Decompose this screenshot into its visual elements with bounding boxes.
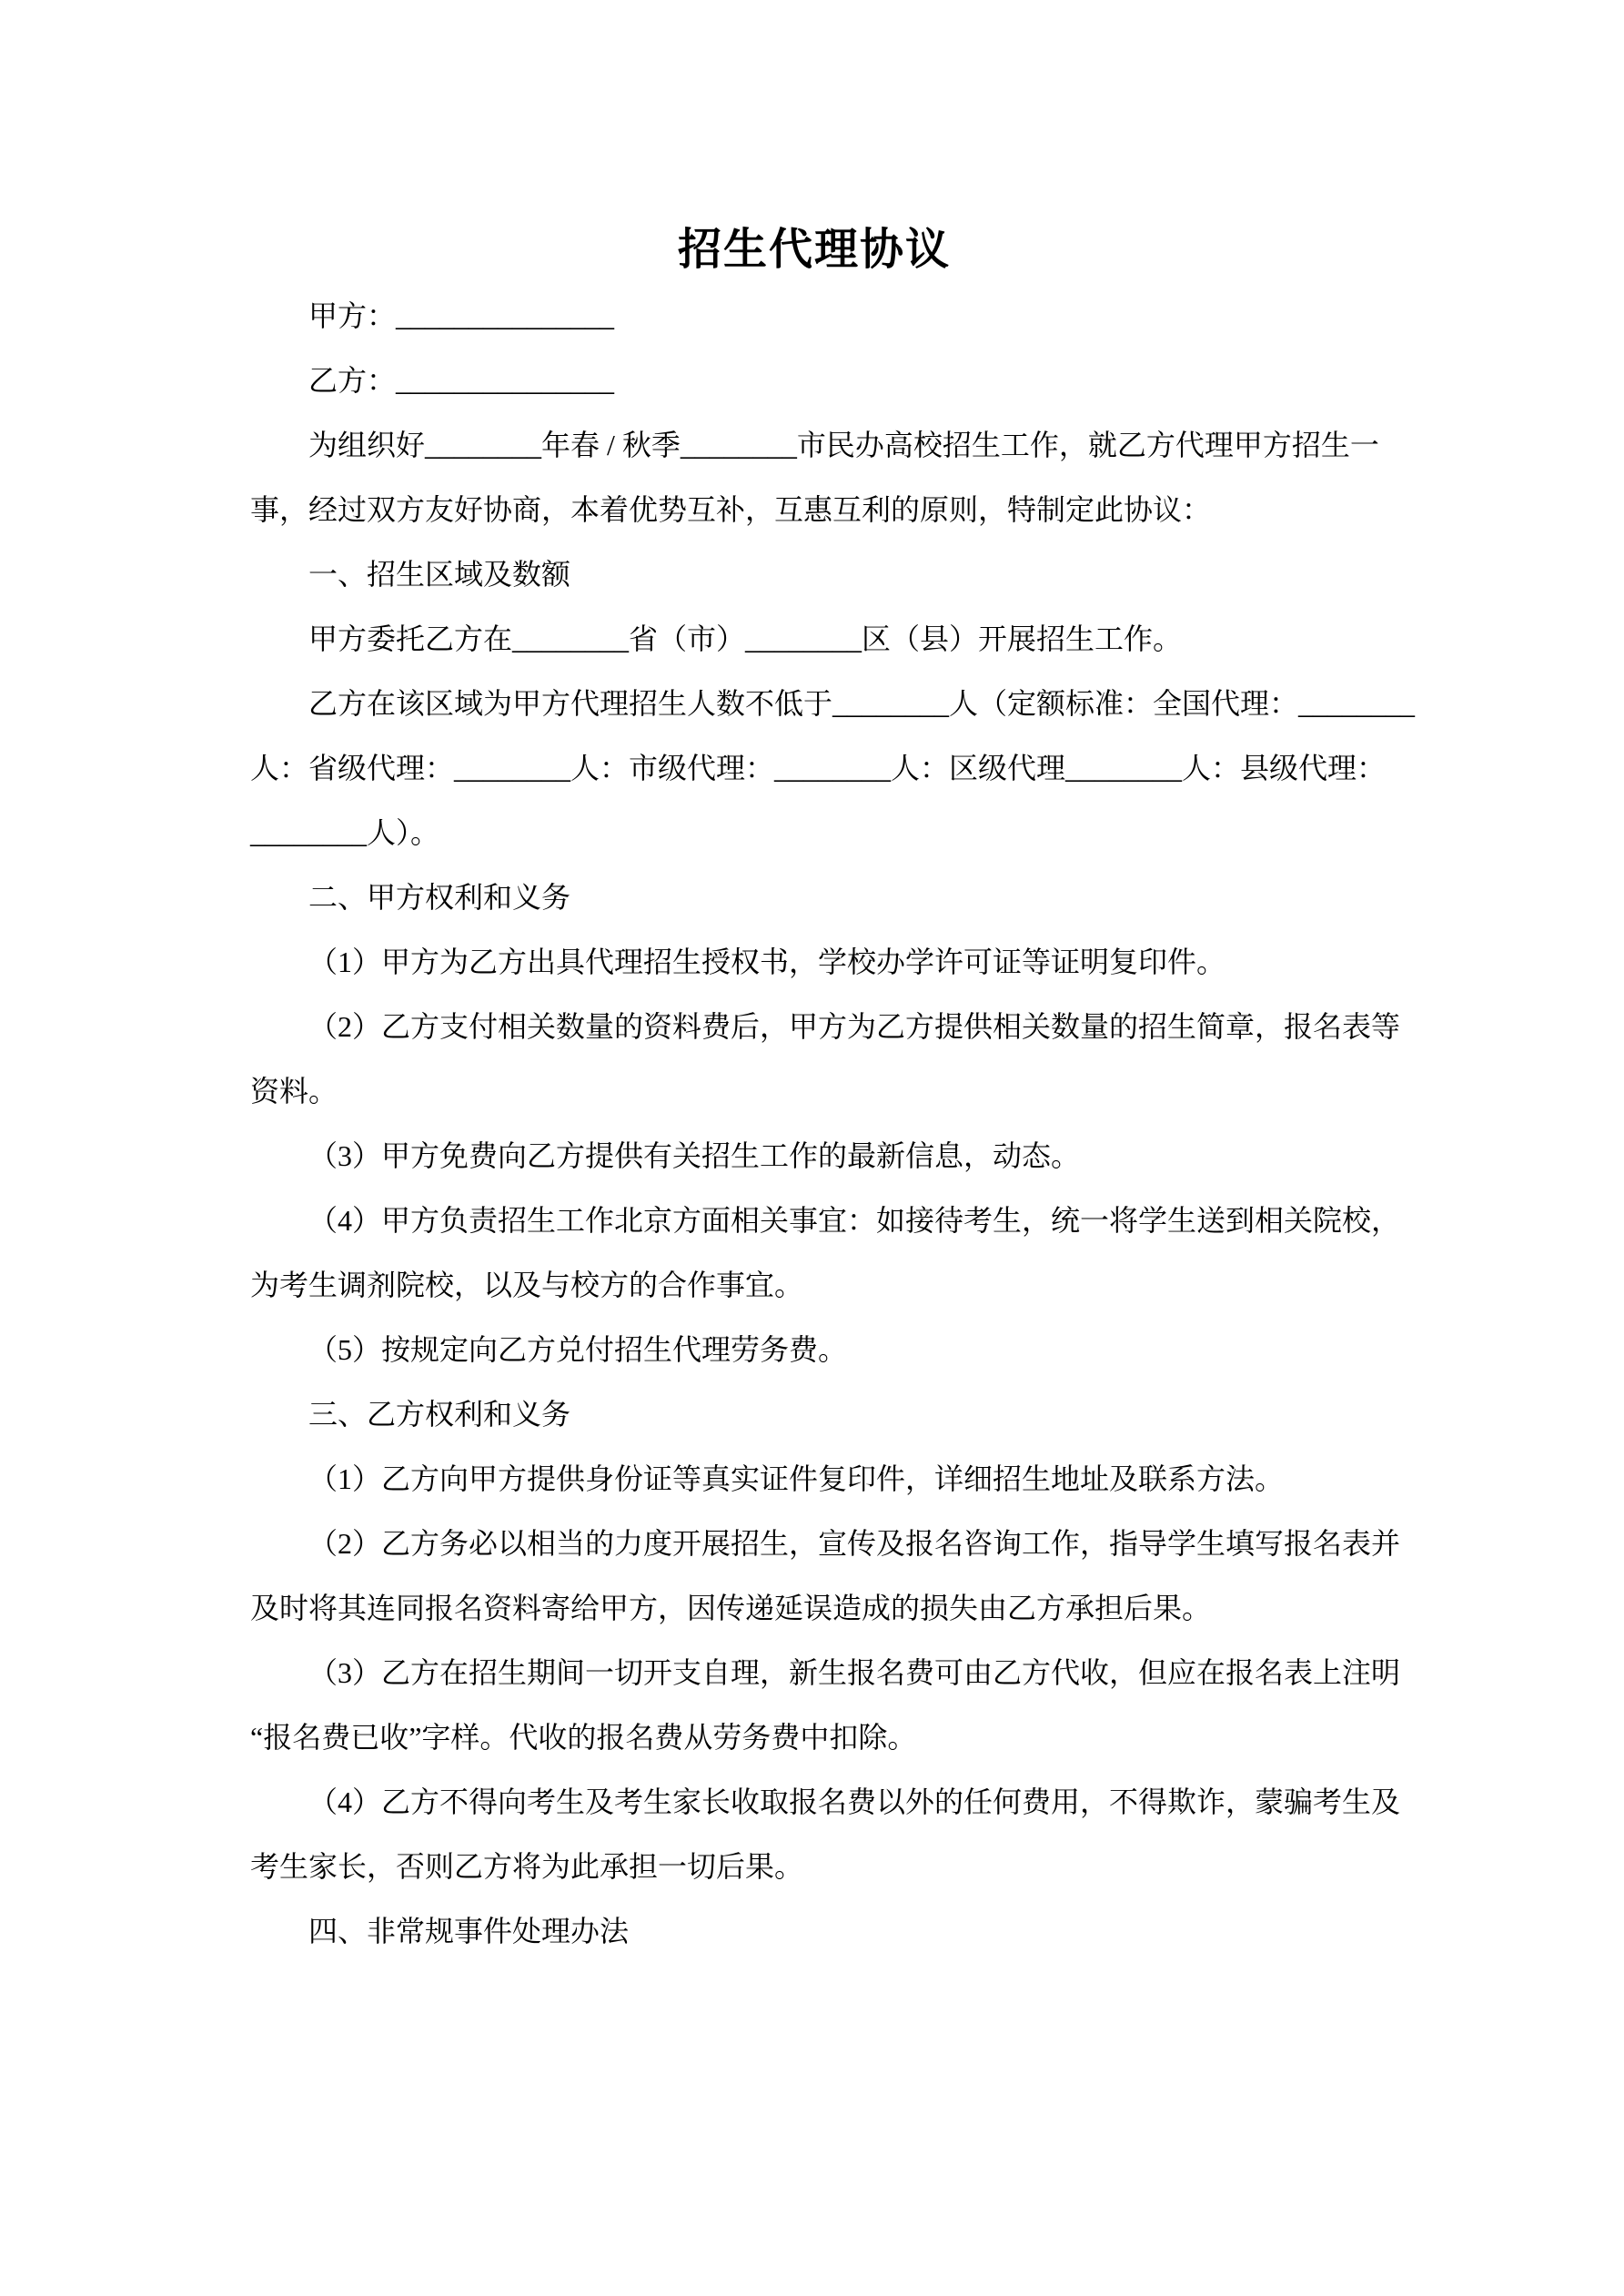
document-line: （4）甲方负责招生工作北京方面相关事宜：如接待考生，统一将学生送到相关院校， bbox=[250, 1188, 1415, 1253]
document-line: 乙方：_______________ bbox=[250, 349, 1415, 413]
document-line: （2）乙方务必以相当的力度开展招生，宣传及报名咨询工作，指导学生填写报名表并 bbox=[250, 1512, 1415, 1576]
document-line: ________人）。 bbox=[250, 801, 1415, 865]
document-line: （5）按规定向乙方兑付招生代理劳务费。 bbox=[250, 1318, 1415, 1382]
document-line: （1）甲方为乙方出具代理招生授权书，学校办学许可证等证明复印件。 bbox=[250, 930, 1415, 995]
document-line: 为组织好________年春 / 秋季________市民办高校招生工作，就乙方… bbox=[250, 413, 1415, 478]
document-line: （4）乙方不得向考生及考生家长收取报名费以外的任何费用，不得欺诈，蒙骗考生及 bbox=[250, 1770, 1415, 1835]
document-line: 乙方在该区域为甲方代理招生人数不低于________人（定额标准：全国代理：__… bbox=[250, 672, 1415, 736]
document-page: 招生代理协议 甲方：_______________乙方：____________… bbox=[0, 0, 1624, 2296]
document-line: （2）乙方支付相关数量的资料费后，甲方为乙方提供相关数量的招生简章，报名表等 bbox=[250, 995, 1415, 1059]
document-line: 资料。 bbox=[250, 1059, 1415, 1124]
document-body: 甲方：_______________乙方：_______________为组织好… bbox=[250, 284, 1415, 1964]
document-line: 考生家长，否则乙方将为此承担一切后果。 bbox=[250, 1835, 1415, 1899]
document-line: 及时将其连同报名资料寄给甲方，因传递延误造成的损失由乙方承担后果。 bbox=[250, 1576, 1415, 1641]
document-line: 事，经过双方友好协商，本着优势互补，互惠互利的原则，特制定此协议： bbox=[250, 478, 1415, 542]
document-line: 甲方：_______________ bbox=[250, 284, 1415, 349]
document-line: 二、甲方权利和义务 bbox=[250, 865, 1415, 930]
document-line: 甲方委托乙方在________省（市）________区（县）开展招生工作。 bbox=[250, 607, 1415, 672]
document-line: 为考生调剂院校，以及与校方的合作事宜。 bbox=[250, 1253, 1415, 1318]
document-line: （3）乙方在招生期间一切开支自理，新生报名费可由乙方代收，但应在报名表上注明 bbox=[250, 1641, 1415, 1705]
document-line: 四、非常规事件处理办法 bbox=[250, 1899, 1415, 1964]
document-line: （3）甲方免费向乙方提供有关招生工作的最新信息，动态。 bbox=[250, 1124, 1415, 1188]
document-title: 招生代理协议 bbox=[250, 217, 1378, 284]
document-line: 三、乙方权利和义务 bbox=[250, 1382, 1415, 1447]
document-line: （1）乙方向甲方提供身份证等真实证件复印件，详细招生地址及联系方法。 bbox=[250, 1447, 1415, 1512]
document-line: “报名费已收”字样。代收的报名费从劳务费中扣除。 bbox=[250, 1705, 1415, 1770]
document-line: 人：省级代理：________人：市级代理：________人：区级代理____… bbox=[250, 736, 1415, 801]
document-line: 一、招生区域及数额 bbox=[250, 542, 1415, 607]
